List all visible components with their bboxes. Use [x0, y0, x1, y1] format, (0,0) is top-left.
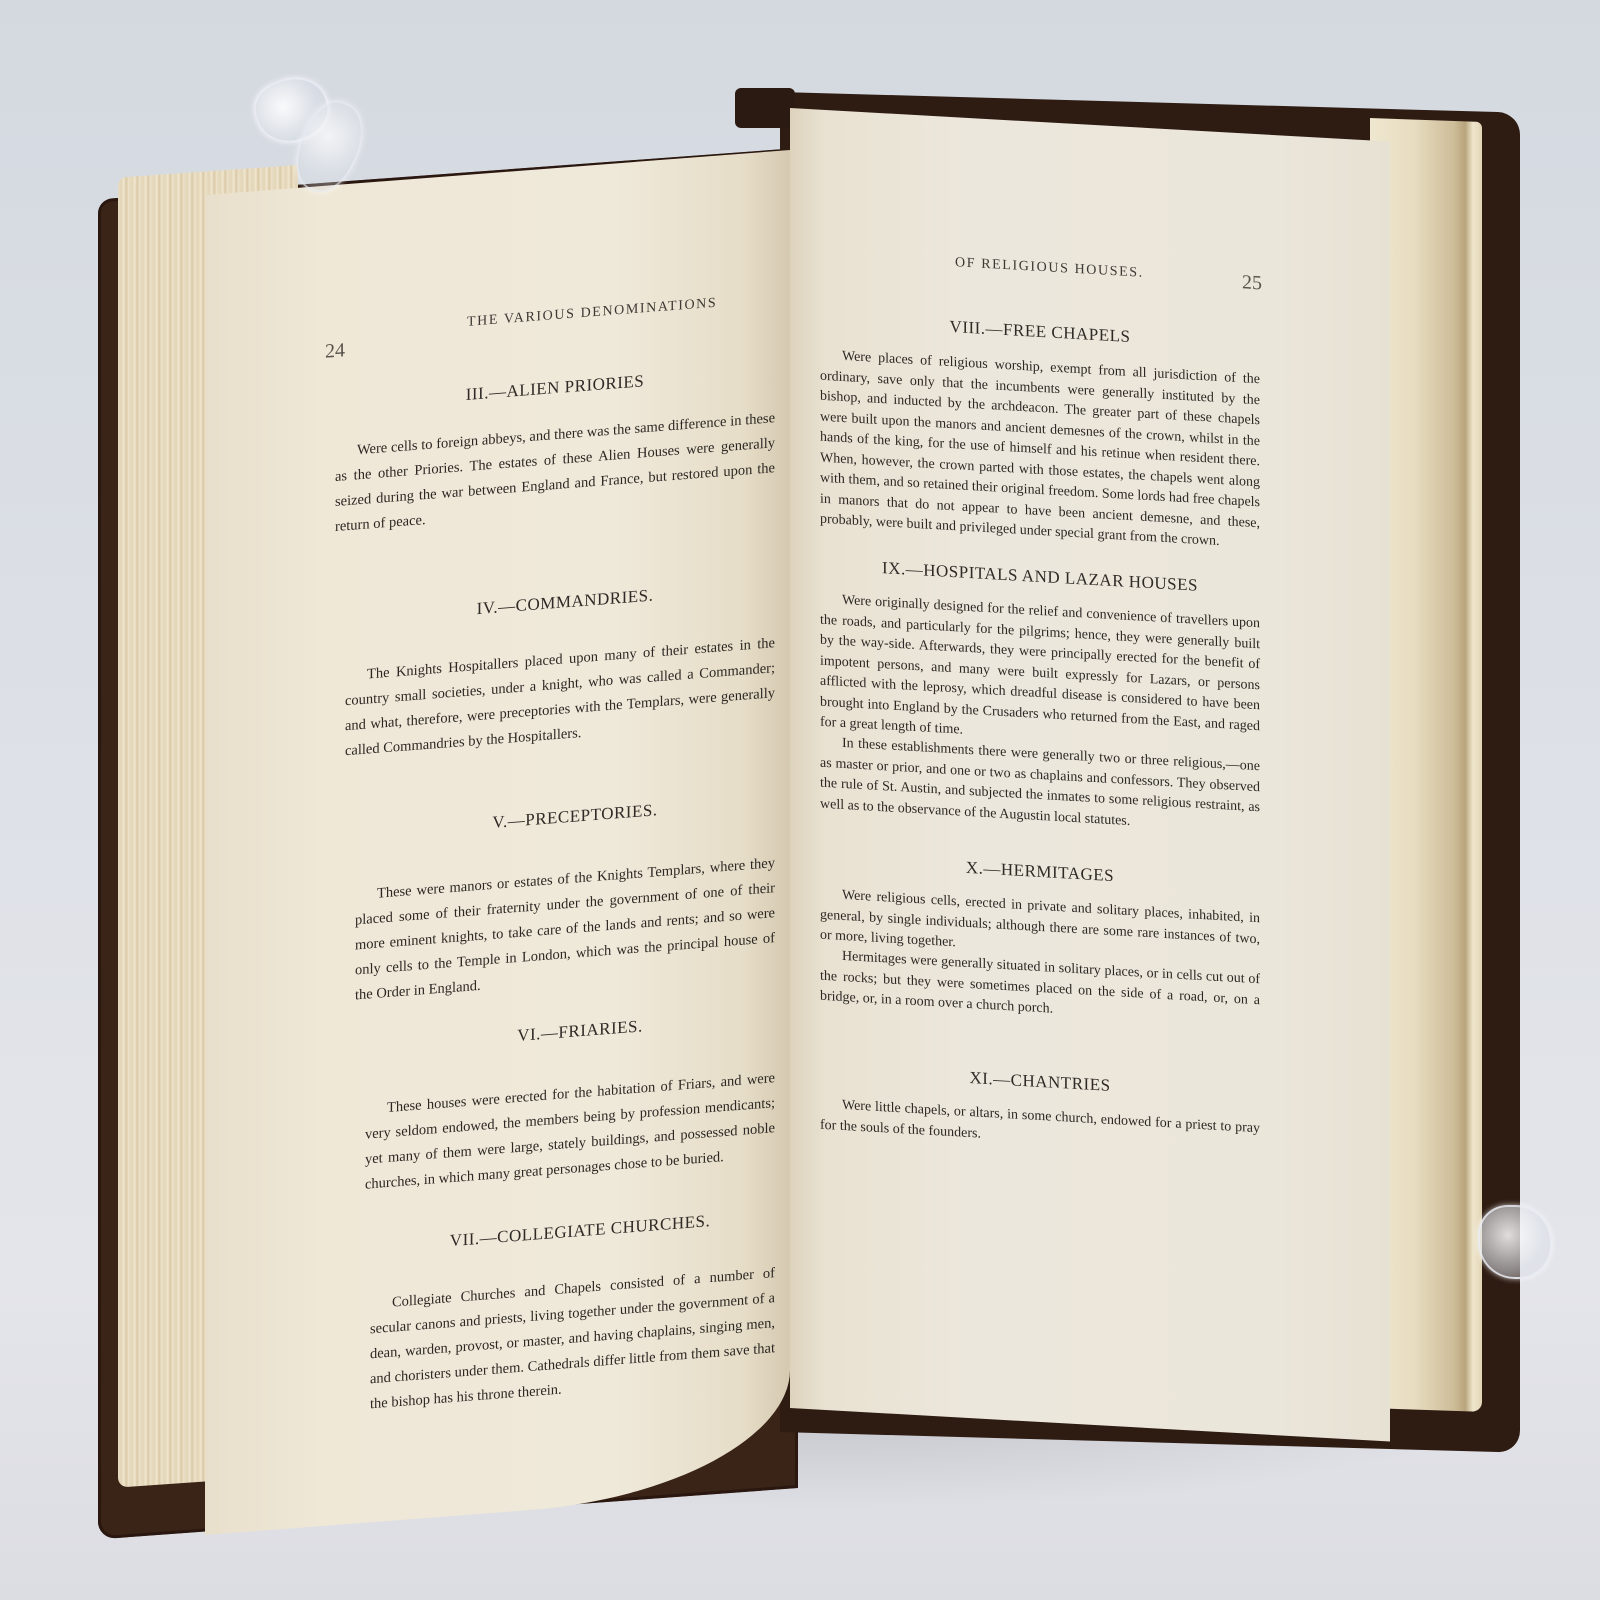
section-heading: VII.—COLLEGIATE CHURCHES.: [370, 1205, 790, 1257]
book-spine: [735, 88, 795, 128]
section-text: These were manors or estates of the Knig…: [355, 851, 775, 1008]
section-text: Were little chapels, or altars, in some …: [820, 1095, 1260, 1161]
running-head-left: THE VARIOUS DENOMINATIONS: [467, 296, 717, 331]
section-text: Were originally designed for the relief …: [820, 590, 1260, 758]
section-text: The Knights Hospitallers placed upon man…: [345, 631, 775, 764]
section-heading: VI.—FRIARIES.: [365, 1005, 790, 1058]
section-heading: V.—PRECEPTORIES.: [355, 790, 790, 844]
section-text: Collegiate Churches and Chapels consiste…: [370, 1261, 775, 1417]
section-heading: VIII.—FREE CHAPELS: [820, 310, 1260, 355]
page-number-left: 24: [325, 339, 345, 364]
section-heading: IV.—COMMANDRIES.: [345, 575, 785, 629]
running-head-right: OF RELIGIOUS HOUSES.: [955, 255, 1144, 282]
left-page[interactable]: 24 THE VARIOUS DENOMINATIONS III.—ALIEN …: [205, 150, 790, 1535]
section-heading: III.—ALIEN PRIORIES: [335, 361, 775, 415]
right-edge-clip: [1478, 1205, 1552, 1279]
section-text: Were cells to foreign abbeys, and there …: [335, 406, 775, 540]
section-text: These houses were erected for the habita…: [365, 1066, 775, 1198]
section-text: Were places of religious worship, exempt…: [820, 346, 1260, 555]
page-number-right: 25: [1242, 271, 1262, 295]
right-page[interactable]: OF RELIGIOUS HOUSES. 25 VIII.—FREE CHAPE…: [790, 108, 1390, 1442]
